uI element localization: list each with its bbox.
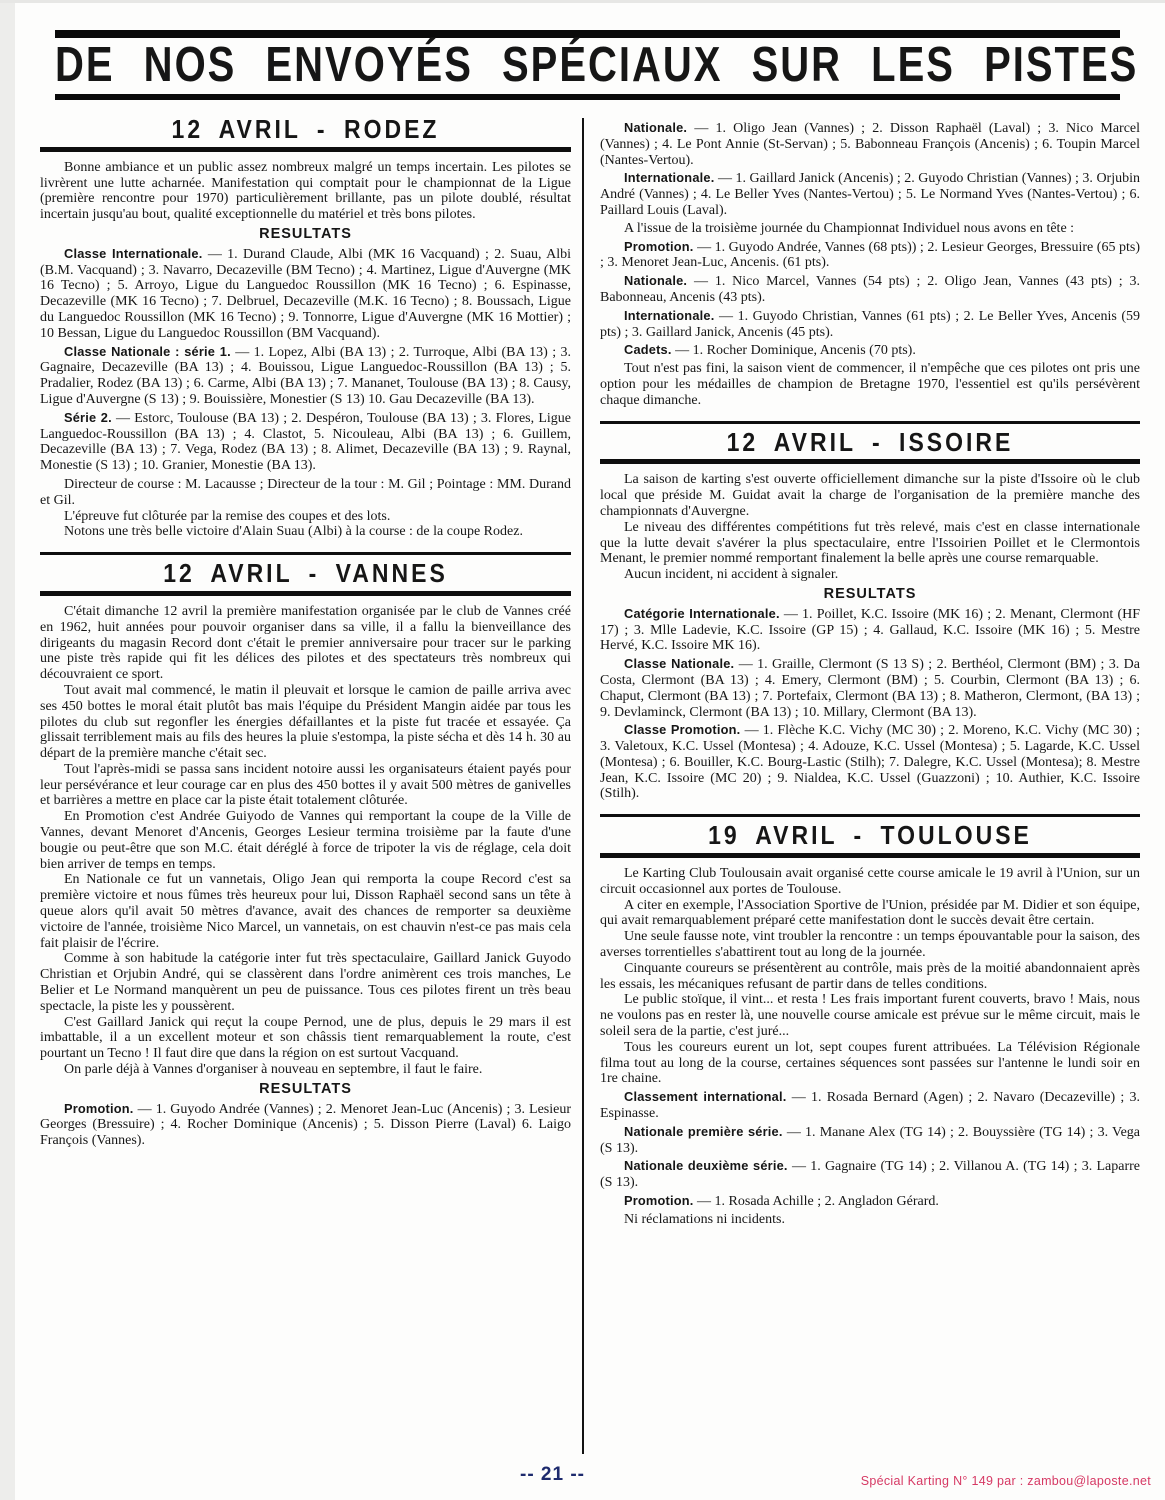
standings-entry: Internationale. — 1. Guyodo Christian, V… — [600, 308, 1140, 341]
result-category-label: Promotion. — [64, 1101, 134, 1116]
result-category-label: Internationale. — [624, 170, 714, 185]
result-entry: Nationale première série. — 1. Manane Al… — [600, 1124, 1140, 1157]
standings-entry: Cadets. — 1. Rocher Dominique, Ancenis (… — [600, 342, 1140, 359]
resultats-heading: RESULTATS — [40, 1082, 571, 1098]
article-columns: 12 AVRIL - RODEZ Bonne ambiance et un pu… — [0, 118, 1165, 1454]
paragraph: A citer en exemple, l'Association Sporti… — [600, 898, 1140, 930]
section-header-toulouse: 19 AVRIL - TOULOUSE — [600, 814, 1140, 858]
paragraph: C'était dimanche 12 avril la première ma… — [40, 604, 571, 683]
standings-entry: Nationale. — 1. Nico Marcel, Vannes (54 … — [600, 273, 1140, 306]
result-category-label: Nationale première série. — [624, 1124, 783, 1139]
result-category-label: Nationale deuxième série. — [624, 1158, 788, 1173]
credit-line: Spécial Karting N° 149 par : zambou@lapo… — [861, 1474, 1151, 1488]
result-entry: Internationale. — 1. Gaillard Janick (An… — [600, 170, 1140, 218]
result-entry: Nationale deuxième série. — 1. Gagnaire … — [600, 1158, 1140, 1191]
result-category-label: Classe Promotion. — [624, 722, 740, 737]
masthead-rule-bottom — [55, 94, 1120, 100]
result-category-label: Classe Nationale : série 1. — [64, 344, 231, 359]
result-entry: Catégorie Internationale. — 1. Poillet, … — [600, 606, 1140, 654]
paragraph: On parle déjà à Vannes d'organiser à nou… — [40, 1062, 571, 1078]
paragraph: L'épreuve fut clôturée par la remise des… — [40, 509, 571, 525]
result-category-label: Classe Internationale. — [64, 246, 203, 261]
paragraph: Comme à son habitude la catégorie inter … — [40, 951, 571, 1014]
result-entry: Classe Nationale : série 1. — 1. Lopez, … — [40, 344, 571, 408]
result-entry: Promotion. — 1. Guyodo Andrée (Vannes) ;… — [40, 1101, 571, 1149]
scanned-newsletter-page: DE NOS ENVOYÉS SPÉCIAUX SUR LES PISTES 1… — [0, 0, 1165, 1500]
paragraph: Tout l'après-midi se passa sans incident… — [40, 762, 571, 809]
result-entry: Classe Nationale. — 1. Graille, Clermont… — [600, 656, 1140, 720]
column-left: 12 AVRIL - RODEZ Bonne ambiance et un pu… — [40, 118, 584, 1454]
result-category-label: Internationale. — [624, 308, 714, 323]
scan-edge-artifact — [0, 0, 15, 1500]
paragraph: Cinquante coureurs se présentèrent au co… — [600, 961, 1140, 993]
paragraph: La saison de karting s'est ouverte offic… — [600, 472, 1140, 519]
resultats-heading: RESULTATS — [600, 587, 1140, 603]
result-category-label: Nationale. — [624, 120, 687, 135]
paragraph: Tout n'est pas fini, la saison vient de … — [600, 361, 1140, 408]
section-header-vannes: 12 AVRIL - VANNES — [40, 552, 571, 596]
standings-entry: Promotion. — 1. Guyodo Andrée, Vannes (6… — [600, 239, 1140, 272]
paragraph: A l'issue de la troisième journée du Cha… — [600, 221, 1140, 237]
paragraph: Le public stoïque, il vint... et resta !… — [600, 992, 1140, 1039]
section-header-issoire: 12 AVRIL - ISSOIRE — [600, 421, 1140, 465]
paragraph: Aucun incident, ni accident à signaler. — [600, 567, 1140, 583]
result-category-label: Nationale. — [624, 273, 687, 288]
result-category-label: Classe Nationale. — [624, 656, 734, 671]
paragraph: Tous les coureurs eurent un lot, sept co… — [600, 1040, 1140, 1087]
masthead: DE NOS ENVOYÉS SPÉCIAUX SUR LES PISTES — [55, 30, 1120, 100]
paragraph: Ni réclamations ni incidents. — [600, 1212, 1140, 1228]
result-entry: Classe Internationale. — 1. Durand Claud… — [40, 246, 571, 342]
paragraph: Une seule fausse note, vint troubler la … — [600, 929, 1140, 961]
scan-top-artifact — [0, 0, 1165, 3]
paragraph: Le niveau des différentes compétitions f… — [600, 520, 1140, 567]
result-entry: Classe Promotion. — 1. Flèche K.C. Vichy… — [600, 722, 1140, 802]
result-entry: Série 2. — Estorc, Toulouse (BA 13) ; 2.… — [40, 410, 571, 474]
result-category-label: Promotion. — [624, 239, 694, 254]
paragraph-officials: Directeur de course : M. Lacausse ; Dire… — [40, 477, 571, 509]
column-right: Nationale. — 1. Oligo Jean (Vannes) ; 2.… — [584, 118, 1140, 1454]
result-entry: Nationale. — 1. Oligo Jean (Vannes) ; 2.… — [600, 120, 1140, 168]
section-header-rodez: 12 AVRIL - RODEZ — [40, 118, 571, 152]
paragraph: Tout avait mal commencé, le matin il ple… — [40, 683, 571, 762]
result-category-label: Cadets. — [624, 342, 672, 357]
paragraph: Le Karting Club Toulousain avait organis… — [600, 866, 1140, 898]
resultats-heading: RESULTATS — [40, 227, 571, 243]
result-category-label: Catégorie Internationale. — [624, 606, 780, 621]
result-category-label: Classement international. — [624, 1089, 786, 1104]
result-entry: Classement international. — 1. Rosada Be… — [600, 1089, 1140, 1122]
paragraph: En Nationale ce fut un vannetais, Oligo … — [40, 872, 571, 951]
result-category-label: Série 2. — [64, 410, 112, 425]
paragraph: C'est Gaillard Janick qui reçut la coupe… — [40, 1015, 571, 1062]
page-title: DE NOS ENVOYÉS SPÉCIAUX SUR LES PISTES — [55, 42, 1120, 88]
paragraph: Bonne ambiance et un public assez nombre… — [40, 160, 571, 223]
result-entry: Promotion. — 1. Rosada Achille ; 2. Angl… — [600, 1193, 1140, 1210]
paragraph: En Promotion c'est Andrée Guiyodo de Van… — [40, 809, 571, 872]
result-category-label: Promotion. — [624, 1193, 694, 1208]
paragraph: Notons une très belle victoire d'Alain S… — [40, 524, 571, 540]
